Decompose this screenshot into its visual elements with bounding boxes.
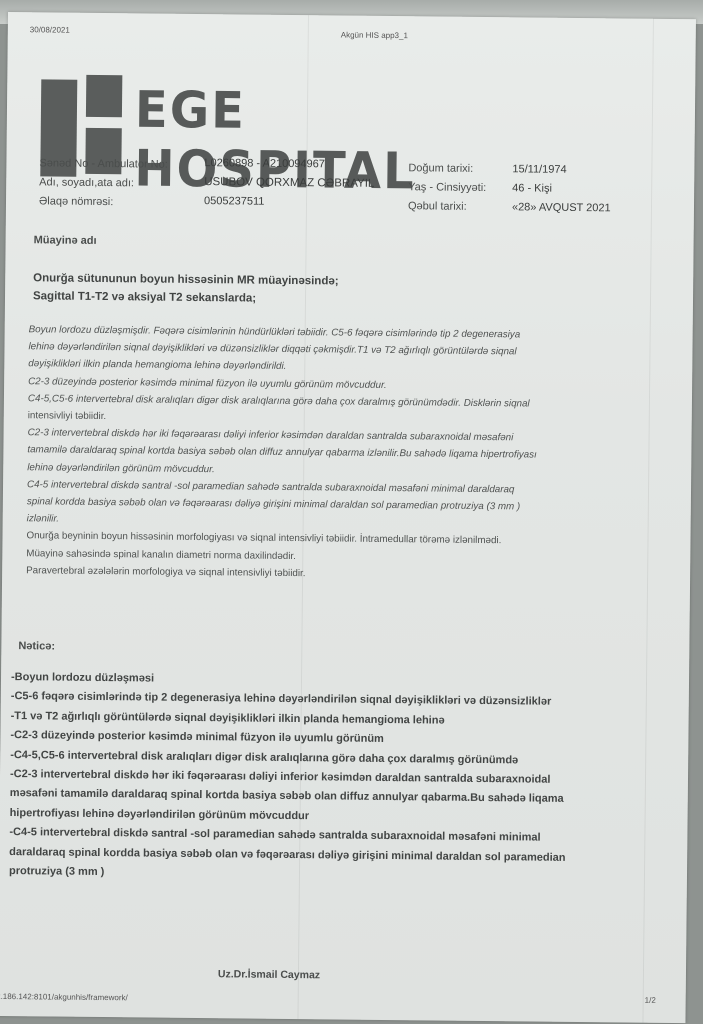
document-number-label: Sənəd No - Ambulator No: — [39, 157, 168, 170]
exam-description: Onurğa sütununun boyun hissəsinin MR müa… — [33, 269, 339, 308]
doctor-signature: Uz.Dr.İsmail Caymaz — [218, 968, 320, 981]
print-app-name: Akgün HIS app3_1 — [341, 30, 408, 40]
findings-section: Boyun lordozu düzləşmişdir. Fəqərə cisim… — [26, 321, 659, 586]
phone-value: 0505237511 — [204, 195, 264, 208]
hospital-h-logo-icon — [41, 64, 481, 69]
patient-name-label: Adı, soyadı,ata adı: — [39, 176, 134, 189]
age-gender-value: 46 - Kişi — [512, 182, 552, 194]
phone-label: Əlaqə nömrəsi: — [39, 195, 113, 208]
print-date: 30/08/2021 — [30, 25, 70, 34]
birth-date-label: Doğum tarixi: — [408, 162, 473, 175]
age-gender-label: Yaş - Cinsiyyəti: — [408, 181, 486, 194]
result-title: Nəticə: — [18, 640, 55, 652]
document-number-value: L0260898 - A210094967 — [204, 157, 325, 170]
printed-report-page: 30/08/2021 Akgün HIS app3_1 EGE HOSPITAL… — [0, 12, 696, 1023]
birth-date-value: 15/11/1974 — [512, 163, 566, 176]
exam-title: Müayinə adı — [34, 234, 97, 247]
admission-date-label: Qəbul tarixi: — [408, 200, 467, 213]
exam-line: Sagittal T1-T2 və aksiyal T2 sekanslarda… — [33, 287, 339, 308]
page-number: 1/2 — [645, 996, 656, 1005]
patient-name-value: USUBOV QORXMAZ CƏBRAYIL — [204, 176, 374, 190]
footer-url: 92.186.142:8101/akgunhis/framework/ — [0, 992, 128, 1002]
result-section: -Boyun lordozu düzləşməsi-C5-6 fəqərə ci… — [9, 668, 661, 888]
admission-date-value: «28» AVQUST 2021 — [512, 201, 611, 214]
